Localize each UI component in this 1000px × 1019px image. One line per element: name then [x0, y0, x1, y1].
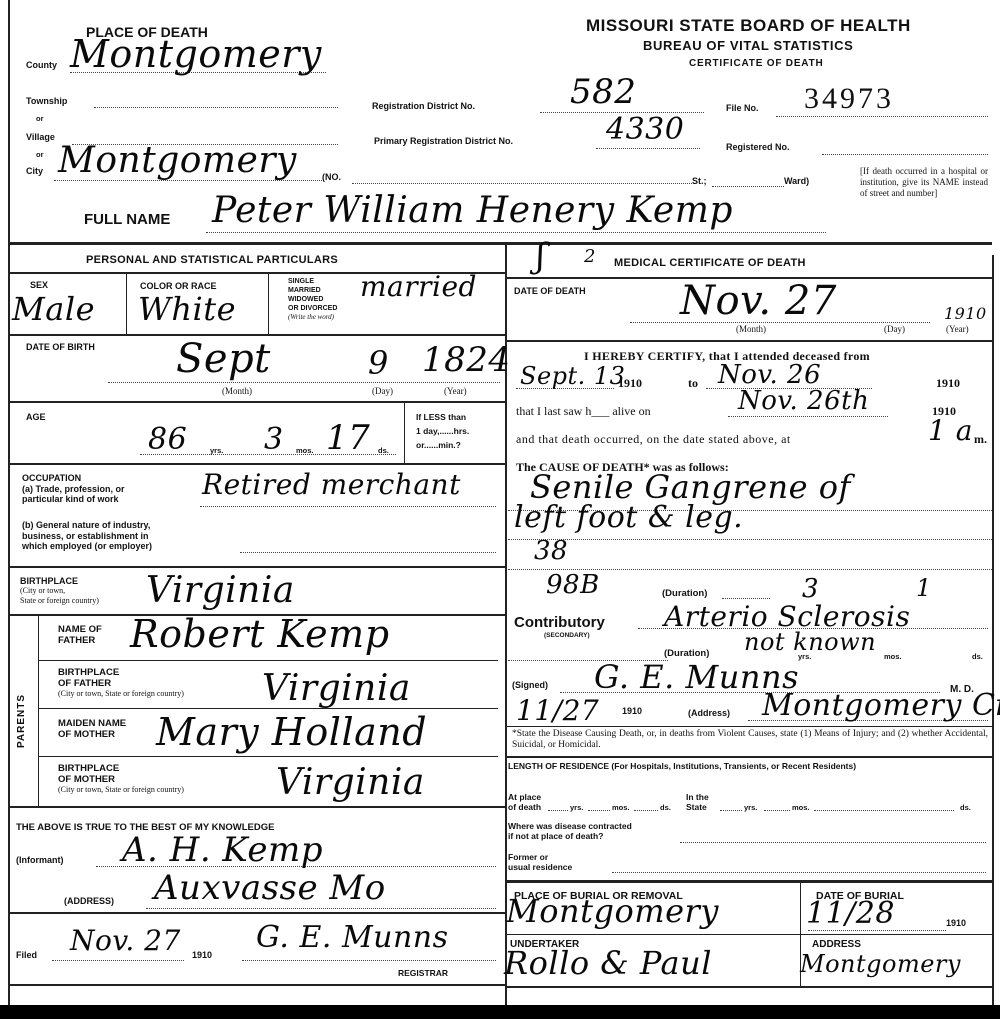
dod-year-caption: (Year): [946, 324, 969, 334]
birthplace-sub-1: (City or town,: [20, 586, 99, 596]
at-place-yrs-label: yrs.: [570, 803, 583, 812]
parents-divider: [38, 616, 39, 806]
hospital-note: [If death occurred in a hospital or inst…: [860, 166, 988, 199]
contracted-labels: Where was disease contracted if not at p…: [508, 822, 632, 841]
filed-date[interactable]: Nov. 27: [70, 924, 181, 957]
in-state-labels: In the State: [686, 793, 709, 812]
contracted-label-2: if not at place of death?: [508, 832, 632, 842]
race-value[interactable]: White: [138, 290, 236, 328]
father-bp-value[interactable]: Virginia: [262, 668, 411, 709]
in-state-mos-line: [764, 810, 790, 811]
age-label: AGE: [26, 412, 46, 422]
father-bp-label-3: (City or town, State or foreign country): [58, 689, 184, 700]
mother-name-label-2: OF MOTHER: [58, 729, 126, 740]
at-place-ds-label: ds.: [660, 803, 671, 812]
footnote-rule: [507, 756, 992, 758]
age-row-rule: [8, 463, 505, 465]
duration-yrs-line: [722, 598, 770, 599]
dod-month-day[interactable]: Nov. 27: [680, 278, 837, 324]
father-bp-label-1: BIRTHPLACE: [58, 668, 184, 679]
informant-label: (Informant): [16, 855, 64, 865]
attended-from[interactable]: Sept. 13: [520, 362, 625, 390]
father-bp-rule: [38, 708, 498, 709]
birthplace-value[interactable]: Virginia: [146, 570, 295, 611]
father-name-value[interactable]: Robert Kemp: [130, 612, 390, 656]
at-place-labels: At place of death: [508, 793, 541, 812]
sex-label: SEX: [30, 280, 48, 290]
marital-value[interactable]: married: [360, 270, 477, 303]
burial-date-value[interactable]: 11/28: [806, 896, 895, 931]
informant-rule: [8, 912, 505, 914]
file-no-label: File No.: [726, 103, 759, 113]
at-place-mos-line: [588, 810, 610, 811]
mother-name-label-1: MAIDEN NAME: [58, 718, 126, 729]
occurred-text: and that death occurred, on the date sta…: [516, 432, 791, 447]
parents-bottom-rule: [8, 806, 505, 808]
left-bottom-rule: [8, 984, 505, 986]
dod-month-caption: (Month): [736, 324, 766, 334]
city-value[interactable]: Montgomery: [58, 140, 297, 181]
informant-value[interactable]: A. H. Kemp: [122, 830, 323, 870]
in-state-ds-line: [814, 810, 954, 811]
death-time[interactable]: 1 a: [928, 414, 973, 447]
mother-bp-label-1: BIRTHPLACE: [58, 764, 184, 775]
county-value[interactable]: Montgomery: [70, 32, 322, 76]
registrar-label: REGISTRAR: [398, 968, 448, 978]
if-less-line-2: 1 day,......hrs.: [416, 424, 469, 438]
birthplace-sub-2: State or foreign country): [20, 596, 99, 606]
township-line: [94, 107, 338, 108]
cause-code-2[interactable]: 98B: [546, 570, 600, 600]
marital-option-widowed: WIDOWED: [288, 295, 337, 304]
attended-to-year: 1910: [936, 376, 960, 391]
age-months[interactable]: 3: [264, 422, 284, 457]
dob-day[interactable]: 9: [368, 344, 389, 382]
burial-year[interactable]: 1910: [946, 918, 966, 928]
marital-option-married: MARRIED: [288, 286, 337, 295]
parents-label: PARENTS: [16, 694, 27, 748]
former-residence-labels: Former or usual residence: [508, 853, 572, 872]
mother-bp-label-3: (City or town, State or foreign country): [58, 785, 184, 796]
in-state-ds-label: ds.: [960, 803, 971, 812]
father-name-label-2: FATHER: [58, 635, 102, 646]
medical-annotation: ʃ: [536, 236, 546, 276]
contributory-yrs-label: yrs.: [798, 652, 811, 661]
if-less-divider: [404, 403, 405, 463]
occupation-labels: OCCUPATION (a) Trade, profession, or par…: [22, 473, 125, 505]
personal-heading: PERSONAL AND STATISTICAL PARTICULARS: [86, 254, 338, 266]
registration-district-label: Registration District No.: [372, 101, 475, 111]
informant-address-label: (ADDRESS): [64, 896, 114, 906]
if-less-line-1: If LESS than: [416, 410, 469, 424]
dob-day-caption: (Day): [372, 386, 393, 396]
registration-district-value[interactable]: 582: [570, 72, 636, 112]
dob-year-caption: (Year): [444, 386, 467, 396]
age-months-label: mos.: [296, 446, 314, 455]
dob-row-rule: [8, 401, 505, 403]
burial-bottom-rule: [507, 986, 992, 988]
occupation-label: OCCUPATION: [22, 473, 125, 484]
undertaker-value[interactable]: Rollo & Paul: [504, 944, 712, 982]
left-border: [8, 0, 10, 1005]
occupation-b-label-3: which employed (or employer): [22, 541, 152, 552]
contributory-label: Contributory: [514, 614, 605, 631]
primary-district-line: [596, 148, 700, 149]
mother-bp-label-2: OF MOTHER: [58, 775, 184, 786]
file-no-line: [776, 116, 988, 117]
last-saw-line: [728, 416, 888, 417]
age-years[interactable]: 86: [148, 422, 187, 457]
cause-line-2-value[interactable]: left foot & leg.: [514, 500, 743, 535]
at-place-yrs-line: [548, 810, 568, 811]
street-line: [352, 183, 692, 184]
marital-option-single: SINGLE: [288, 277, 337, 286]
dod-label: DATE OF DEATH: [514, 286, 586, 296]
burial-rule: [507, 934, 992, 935]
m-label: m.: [974, 432, 987, 447]
informant-address-line: [146, 908, 496, 909]
dob-month-caption: (Month): [222, 386, 252, 396]
mother-bp-value[interactable]: Virginia: [276, 762, 425, 803]
or-label-1: or: [36, 114, 44, 123]
registered-no-label: Registered No.: [726, 142, 790, 152]
cause-line-2: [508, 539, 992, 540]
file-no-value[interactable]: 34973: [804, 82, 894, 116]
duration-days[interactable]: 1: [916, 574, 932, 602]
birthplace-label: BIRTHPLACE: [20, 576, 99, 586]
father-bp-label-2: OF FATHER: [58, 679, 184, 690]
sex-value[interactable]: Male: [12, 290, 95, 328]
cause-footnote: *State the Disease Causing Death, or, in…: [512, 729, 988, 751]
contributory-mos-label: mos.: [884, 652, 902, 661]
registrar-signature[interactable]: G. E. Munns: [256, 920, 449, 955]
signed-date[interactable]: 11/27: [516, 694, 599, 727]
mother-name-labels: MAIDEN NAME OF MOTHER: [58, 718, 126, 740]
street-no-label: (NO.: [322, 172, 341, 182]
medical-heading: MEDICAL CERTIFICATE OF DEATH: [614, 257, 806, 269]
burial-place-value[interactable]: Montgomery: [506, 892, 719, 930]
at-place-label-2: of death: [508, 803, 541, 813]
last-saw-value[interactable]: Nov. 26th: [738, 386, 869, 416]
if-less-line-3: or......min.?: [416, 438, 469, 452]
at-place-ds-line: [634, 810, 658, 811]
occupation-row-rule: [8, 566, 505, 568]
marital-note: (Write the word): [288, 313, 337, 322]
former-label-2: usual residence: [508, 863, 572, 873]
duration-label: (Duration): [662, 588, 707, 599]
dod-rule: [507, 340, 992, 342]
birthplace-labels: BIRTHPLACE (City or town, State or forei…: [20, 576, 99, 606]
village-label: Village: [26, 132, 55, 142]
if-less-box: If LESS than 1 day,......hrs. or......mi…: [416, 410, 469, 452]
filed-label: Filed: [16, 950, 37, 960]
mother-bp-labels: BIRTHPLACE OF MOTHER (City or town, Stat…: [58, 764, 184, 796]
sex-divider: [126, 274, 127, 334]
bureau-title: BUREAU OF VITAL STATISTICS: [643, 38, 853, 53]
secondary-label: (SECONDARY): [544, 632, 590, 639]
medical-address-label: (Address): [688, 708, 730, 718]
full-name-value[interactable]: Peter William Henery Kemp: [212, 190, 733, 231]
primary-district-label: Primary Registration District No.: [374, 136, 513, 146]
dob-label: DATE OF BIRTH: [26, 342, 95, 352]
occupation-b-label-2: business, or establishment in: [22, 531, 152, 542]
cause-code-1[interactable]: 38: [534, 536, 568, 566]
age-years-label: yrs.: [210, 446, 223, 455]
father-name-labels: NAME OF FATHER: [58, 624, 102, 646]
city-label: City: [26, 166, 43, 176]
occupation-a-label-1: (a) Trade, profession, or: [22, 484, 125, 495]
last-saw-label: that I last saw h___ alive on: [516, 404, 651, 419]
father-bp-labels: BIRTHPLACE OF FATHER (City or town, Stat…: [58, 668, 184, 700]
father-name-label-1: NAME OF: [58, 624, 102, 635]
county-label: County: [26, 60, 57, 70]
age-days-label: ds.: [378, 446, 389, 455]
age-days[interactable]: 17: [326, 418, 370, 458]
st-label: St.;: [692, 176, 707, 186]
dob-line: [108, 382, 500, 383]
signed-rule: [507, 726, 992, 727]
ward-label: Ward): [784, 176, 809, 186]
attended-from-year: 1910: [618, 376, 642, 391]
dob-year[interactable]: 1824: [422, 340, 511, 380]
occupation-line: [200, 506, 496, 507]
informant-address-value[interactable]: Auxvasse Mo: [154, 868, 386, 908]
burial-address-value[interactable]: Montgomery: [800, 950, 961, 978]
full-name-label: FULL NAME: [84, 211, 170, 228]
registrar-line: [242, 960, 496, 961]
dob-month[interactable]: Sept: [176, 336, 271, 382]
board-title: MISSOURI STATE BOARD OF HEALTH: [586, 16, 911, 36]
mother-name-rule: [38, 756, 498, 757]
at-place-mos-label: mos.: [612, 803, 630, 812]
marital-options: SINGLE MARRIED WIDOWED OR DIVORCED (Writ…: [288, 277, 337, 322]
former-residence-line: [612, 872, 986, 873]
to-label: to: [688, 376, 698, 391]
medical-annotation-number: 2: [584, 246, 596, 267]
dod-day-caption: (Day): [884, 324, 905, 334]
primary-district-value[interactable]: 4330: [606, 112, 684, 147]
filed-year: 1910: [192, 950, 212, 960]
signed-year: 1910: [622, 706, 642, 716]
certificate-title: CERTIFICATE OF DEATH: [689, 58, 824, 69]
medical-address-value[interactable]: Montgomery City: [762, 688, 1000, 723]
header-divider: [8, 242, 992, 245]
scan-bottom-band: [0, 1005, 1000, 1019]
full-name-line: [206, 232, 826, 233]
occupation-b-label-1: (b) General nature of industry,: [22, 520, 152, 531]
right-border: [992, 255, 994, 1005]
in-state-mos-label: mos.: [792, 803, 810, 812]
in-state-label-2: State: [686, 803, 709, 813]
contributory-ds-label: ds.: [972, 652, 983, 661]
occupation-a-label-2: particular kind of work: [22, 494, 125, 505]
burial-address-label: ADDRESS: [812, 939, 861, 950]
race-divider: [268, 274, 269, 334]
residence-bottom-rule: [507, 880, 992, 883]
registered-no-line: [822, 154, 988, 155]
in-state-yrs-line: [720, 810, 742, 811]
township-label: Township: [26, 96, 67, 106]
contracted-line: [680, 842, 986, 843]
marital-option-divorced: OR DIVORCED: [288, 304, 337, 313]
signed-label: (Signed): [512, 680, 548, 690]
mother-name-value[interactable]: Mary Holland: [156, 710, 427, 754]
occupation-b-line: [240, 552, 496, 553]
or-label-2: or: [36, 150, 44, 159]
dod-year[interactable]: 1910: [944, 304, 987, 323]
residence-heading: LENGTH OF RESIDENCE (For Hospitals, Inst…: [508, 761, 988, 771]
occupation-b-labels: (b) General nature of industry, business…: [22, 520, 152, 552]
ward-line: [712, 186, 784, 187]
filed-line: [52, 960, 184, 961]
occupation-value[interactable]: Retired merchant: [202, 468, 461, 501]
father-name-rule: [38, 660, 498, 661]
in-state-yrs-label: yrs.: [744, 803, 757, 812]
